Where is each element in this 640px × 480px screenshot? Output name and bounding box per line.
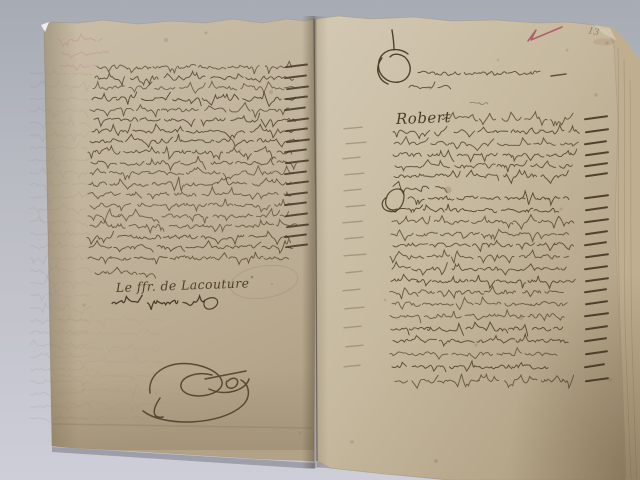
folio-page-number: 13 [587,26,600,38]
foxing-spot [560,208,563,211]
foxing-spot [539,129,542,132]
photo-canvas: Robert Le ffr. de Lacouture 13 [0,0,640,480]
foxing-spot [566,49,569,52]
foxing-spot [205,32,208,35]
foxing-spot [384,299,387,302]
foxing-spot [594,93,598,97]
foxing-spot [269,90,273,94]
foxing-spot [350,440,354,444]
foxing-spot [164,38,168,42]
foxing-spot [445,187,452,194]
foxing-spot [239,149,242,152]
foxing-spot [608,378,613,383]
foxing-spot [519,316,523,320]
photo-vignette [500,250,640,480]
foxing-spot [474,343,477,346]
corner-smudge [593,39,615,46]
opening-word-robert: Robert [395,108,452,128]
foxing-spot [82,303,85,306]
foxing-spot [299,432,302,435]
manuscript-photo: Robert Le ffr. de Lacouture 13 [0,0,640,480]
foxing-spot [605,41,608,44]
foxing-spot [497,59,499,61]
foxing-spot [434,459,438,463]
foxing-spot [428,86,432,90]
